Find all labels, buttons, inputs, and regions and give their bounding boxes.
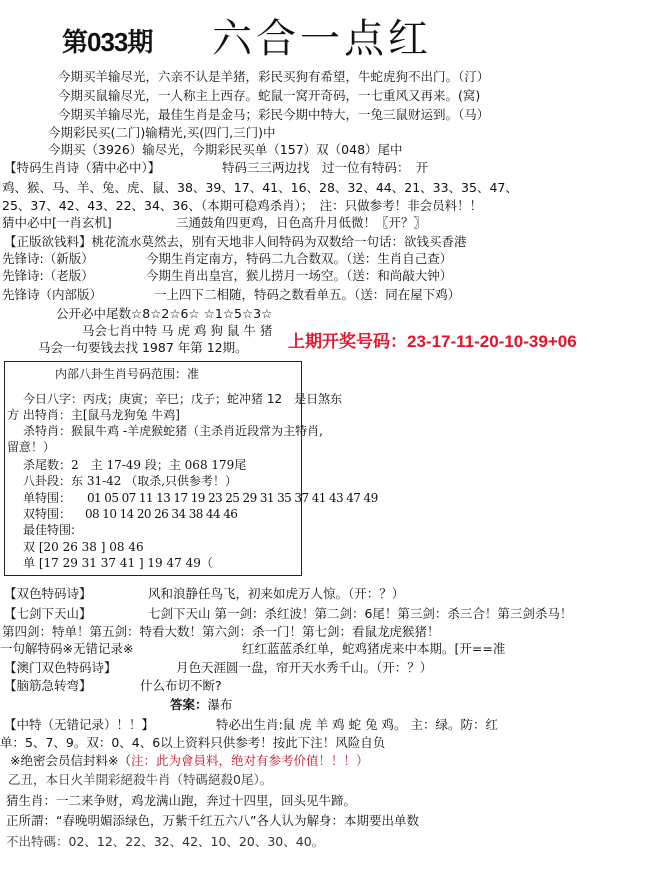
- kill-tail: 杀尾数：2 主 17-49 段；主 068 179尾: [23, 457, 246, 474]
- pioneer-text-new: 今期生肖定南方，特码二九合数双。（送：生肖自己查）: [146, 250, 452, 268]
- pioneer-text-old: 今期生肖出皇宫，猴儿捞月一场空。（送：和尚敲大钟）: [146, 267, 452, 285]
- zodiac-list-line-1: 鸡、猴、马、羊、兔、虎、鼠、38、39、17、41、16、28、32、44、21…: [2, 179, 518, 197]
- poem-heading: 【特码生肖诗（猜中必中）】: [4, 159, 160, 177]
- one-phrase-text: 红红蓝蓝杀红单，蛇鸡猪虎来中本期。[开==准: [242, 640, 505, 658]
- last-draw-label: 上期开奖号码：: [288, 332, 407, 351]
- bazi-line-2: 方 出特肖：主[鼠马龙狗兔 牛鸡]: [7, 407, 180, 424]
- kill-line-1: 杀特肖：猴鼠牛鸡 -羊虎猴蛇猪（主杀肖近段常为主特肖,: [23, 423, 323, 440]
- secret-note: 注：此为會員料，绝对有参考价值！！！）: [131, 753, 369, 768]
- best-single: 单 [17 29 31 37 41 ] 19 47 49（: [23, 555, 213, 572]
- macau-text: 月色天涯圆一盘，帘开天水秀千山。（开：？）: [176, 659, 432, 677]
- kill-line-2: 留意！）: [7, 439, 55, 456]
- intro-line-1: 今期买羊输尽光，六亲不认是羊猪，彩民买狗有希望，牛蛇虎狗不出门。（汀）: [58, 68, 489, 86]
- horse-seven-zodiac: 马会七肖中特 马 虎 鸡 狗 鼠 牛 猪: [82, 322, 272, 340]
- bagua-title: 内部八卦生肖号码范围：准: [55, 366, 199, 383]
- yichou-line: 乙丑，本日火羊開彩絕殺牛肖（特碼絕殺0尾）。: [8, 771, 272, 789]
- riddle-text: 三通鼓角四更鸡，日色高升月低微！〖开？〗: [176, 214, 426, 232]
- riddle-label: 猜中必中[一肖玄机]: [2, 214, 112, 232]
- macau-label: 【澳门双色特码诗】: [4, 659, 117, 677]
- brain-teaser-answer: 答案：瀑布: [170, 696, 233, 714]
- secret-member-line: ※绝密会员信封料※（注：此为會員料，绝对有参考价值！！！）: [10, 752, 368, 770]
- seven-swords-text: 七剑下天山 第一剑：杀红波！第二剑：6尾！第三剑：杀三合！第三剑杀马！: [148, 605, 572, 623]
- double-color-text: 风和浪静任鸟飞，初来如虎万人惊。（开：？）: [148, 585, 404, 603]
- saying-line: 正所謂：“春晚明媚添绿色，万紫千红五六八”各人认为解身：本期要出单数: [6, 812, 419, 830]
- pioneer-label-internal: 先锋诗（内部版）: [2, 286, 102, 304]
- no-special-code-line: 不出特碼：02、12、22、32、42、10、20、30、40。: [6, 833, 324, 851]
- bagua-box: 内部八卦生肖号码范围：准 今日八字：丙戌；庚寅；辛巳；戊子；蛇冲猪 12 是日煞…: [4, 361, 302, 576]
- tail-number-line: 公开必中尾数☆8☆2☆6☆ ☆1☆5☆3☆: [56, 305, 272, 323]
- intro-line-5: 今期买（3926）输尽光，今期彩民买单（157）双（048）尾中: [48, 141, 403, 159]
- brain-teaser-question: 什么布切不断?: [140, 677, 222, 695]
- zhongte-label: 【中特（无错记录）！！】: [4, 716, 154, 734]
- intro-line-3: 今期买羊输尽光，最佳生肖是金马；彩民今期中特大，一兔三鼠财运到。（马）: [58, 106, 489, 124]
- guess-zodiac-line: 猜生肖：一二来争财，鸡龙满山跑，奔过十四里，回头见牛蹄。: [6, 792, 356, 810]
- money-line: 【正版欲钱料】桃花流水莫然去，别有天地非人间特码为双数给一句话：欲钱买香港: [4, 233, 467, 251]
- horse-phrase: 马会一句要钱去找 1987 年第 12期。: [38, 339, 248, 357]
- intro-line-2: 今期买鼠输尽光，一人称主上西存。蛇鼠一窝开奇码，一七重风又再来。(窝): [58, 87, 480, 105]
- one-phrase-label: 一句解特码※无错记录※: [0, 640, 133, 658]
- poem-text: 特码三三两边找 过一位有特码： 开: [222, 159, 428, 177]
- bazi-line-1: 今日八字：丙戌；庚寅；辛巳；戊子；蛇冲猪 12 是日煞东: [23, 391, 342, 408]
- seven-swords-label: 【七剑下天山】: [4, 605, 92, 623]
- pioneer-text-internal: 一上四下二相随，特码之数看单五。（送：同在屋下鸡）: [154, 286, 460, 304]
- intro-line-4: 今期彩民买(二门)输精光,买(四门,三门)中: [48, 124, 275, 142]
- secret-label: ※绝密会员信封料※（: [10, 753, 131, 768]
- pioneer-label-old: 先锋诗:（老版）: [2, 267, 94, 285]
- pioneer-label-new: 先锋诗:（新版）: [2, 250, 94, 268]
- single-range-values: 01 05 07 11 13 17 19 23 25 29 31 35 37 4…: [87, 490, 378, 507]
- double-color-label: 【双色特码诗】: [4, 585, 92, 603]
- brain-teaser-label: 【脑筋急转弯】: [4, 677, 92, 695]
- issue-number: 第033期: [62, 24, 152, 60]
- zodiac-list-line-2: 25、37、42、43、22、34、36、（本期可稳鸡杀肖）； 注：只做参考！非…: [2, 197, 482, 215]
- zhongte-line-2: 单：5、7、9。双：0、4、6以上资料只供参考！按此下注！风险自负: [0, 734, 385, 752]
- page-title: 六合一点红: [212, 14, 432, 64]
- answer-text: 瀑布: [208, 697, 233, 712]
- last-draw-numbers: 23-17-11-20-10-39+06: [407, 332, 577, 351]
- single-range-label: 单特围：: [23, 490, 71, 507]
- double-range-label: 双特围：: [23, 506, 71, 523]
- best-range-label: 最佳特围:: [23, 522, 75, 539]
- answer-label: 答案：: [170, 697, 208, 712]
- zhongte-text: 特必出生肖:鼠 虎 羊 鸡 蛇 兔 鸡。 主：绿。防：红: [216, 716, 498, 734]
- last-draw-result: 上期开奖号码：23-17-11-20-10-39+06: [288, 331, 577, 353]
- bagua-segment: 八卦段：东 31-42 （取杀,只供参考！）: [23, 473, 237, 490]
- seven-swords-line-2: 第四剑：特单！第五剑：特看大数！第六剑：杀一门！第七剑：看鼠龙虎猴猪！: [2, 623, 440, 641]
- double-range-values: 08 10 14 20 26 34 38 44 46: [85, 506, 237, 523]
- best-double: 双 [20 26 38 ] 08 46: [23, 539, 144, 556]
